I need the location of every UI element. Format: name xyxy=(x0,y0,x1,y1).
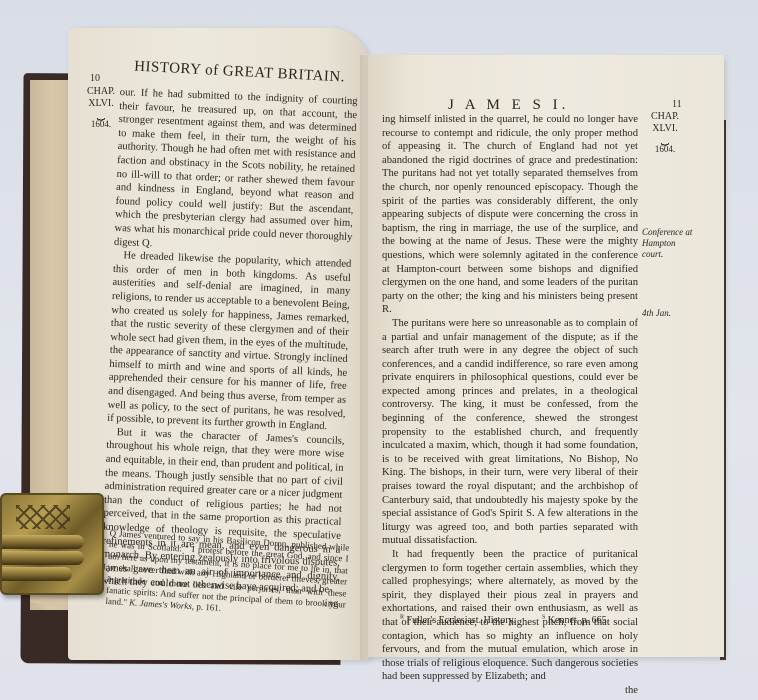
running-head: HISTORY of GREAT BRITAIN. xyxy=(134,58,346,86)
page-number: 10 xyxy=(90,73,100,84)
footnote-s: S Kennet, p. 665. xyxy=(542,615,609,626)
brass-book-clip xyxy=(0,493,104,595)
clip-rope xyxy=(2,567,72,581)
sidenote-conference: Conference at Hampton court. xyxy=(642,227,694,260)
chapter-margin: CHAP. XLVI. ⏟ 1604. xyxy=(82,86,120,130)
paragraph: He dreaded likewise the popularity, whic… xyxy=(107,249,352,435)
footnote-text: James ventured to say in his Basilicon D… xyxy=(105,529,349,610)
brace-icon: ⏟ xyxy=(640,135,690,143)
footnote: Q James ventured to say in his Basilicon… xyxy=(105,528,349,622)
footnote-r: R Fuller's Ecclesiast. History. xyxy=(400,615,518,626)
body-text: ing himself inlisted in the quarrel, he … xyxy=(382,113,638,698)
footnote-marker: S xyxy=(542,615,545,621)
sidenote-date: 4th Jan. xyxy=(642,308,694,319)
left-page: 10 HISTORY of GREAT BRITAIN. CHAP. XLVI.… xyxy=(68,28,370,660)
running-head: J A M E S I. xyxy=(448,97,569,114)
page-number: 11 xyxy=(672,99,682,110)
footnote-page: p. 161. xyxy=(196,602,221,613)
footnote-text: Fuller's Ecclesiast. History. xyxy=(407,615,516,626)
catchword: the xyxy=(382,684,638,698)
footnote-text: Kennet, p. 665. xyxy=(548,615,609,626)
clip-lattice xyxy=(16,505,70,529)
clip-rope xyxy=(2,551,84,565)
paragraph: our. If he had submitted to the indignit… xyxy=(114,86,358,258)
paragraph: The puritans were here so unreasonable a… xyxy=(382,317,638,548)
footnote-marker: R xyxy=(400,615,404,621)
brace-icon: ⏟ xyxy=(82,110,120,118)
chapter-label: CHAP. xyxy=(640,111,690,123)
footnotes: R Fuller's Ecclesiast. History. S Kennet… xyxy=(400,613,660,627)
year: 1604. xyxy=(640,143,690,155)
paragraph: ing himself inlisted in the quarrel, he … xyxy=(382,113,638,317)
chapter-label: CHAP. xyxy=(82,86,120,98)
right-page: J A M E S I. 11 ing himself inlisted in … xyxy=(368,55,724,657)
footnote-source: K. James's Works, xyxy=(129,598,195,612)
year: 1604. xyxy=(82,118,120,130)
clip-rope xyxy=(2,535,84,549)
footnote-marker: Q xyxy=(109,528,116,538)
chapter-margin: CHAP. XLVI. ⏟ 1604. xyxy=(640,111,690,155)
